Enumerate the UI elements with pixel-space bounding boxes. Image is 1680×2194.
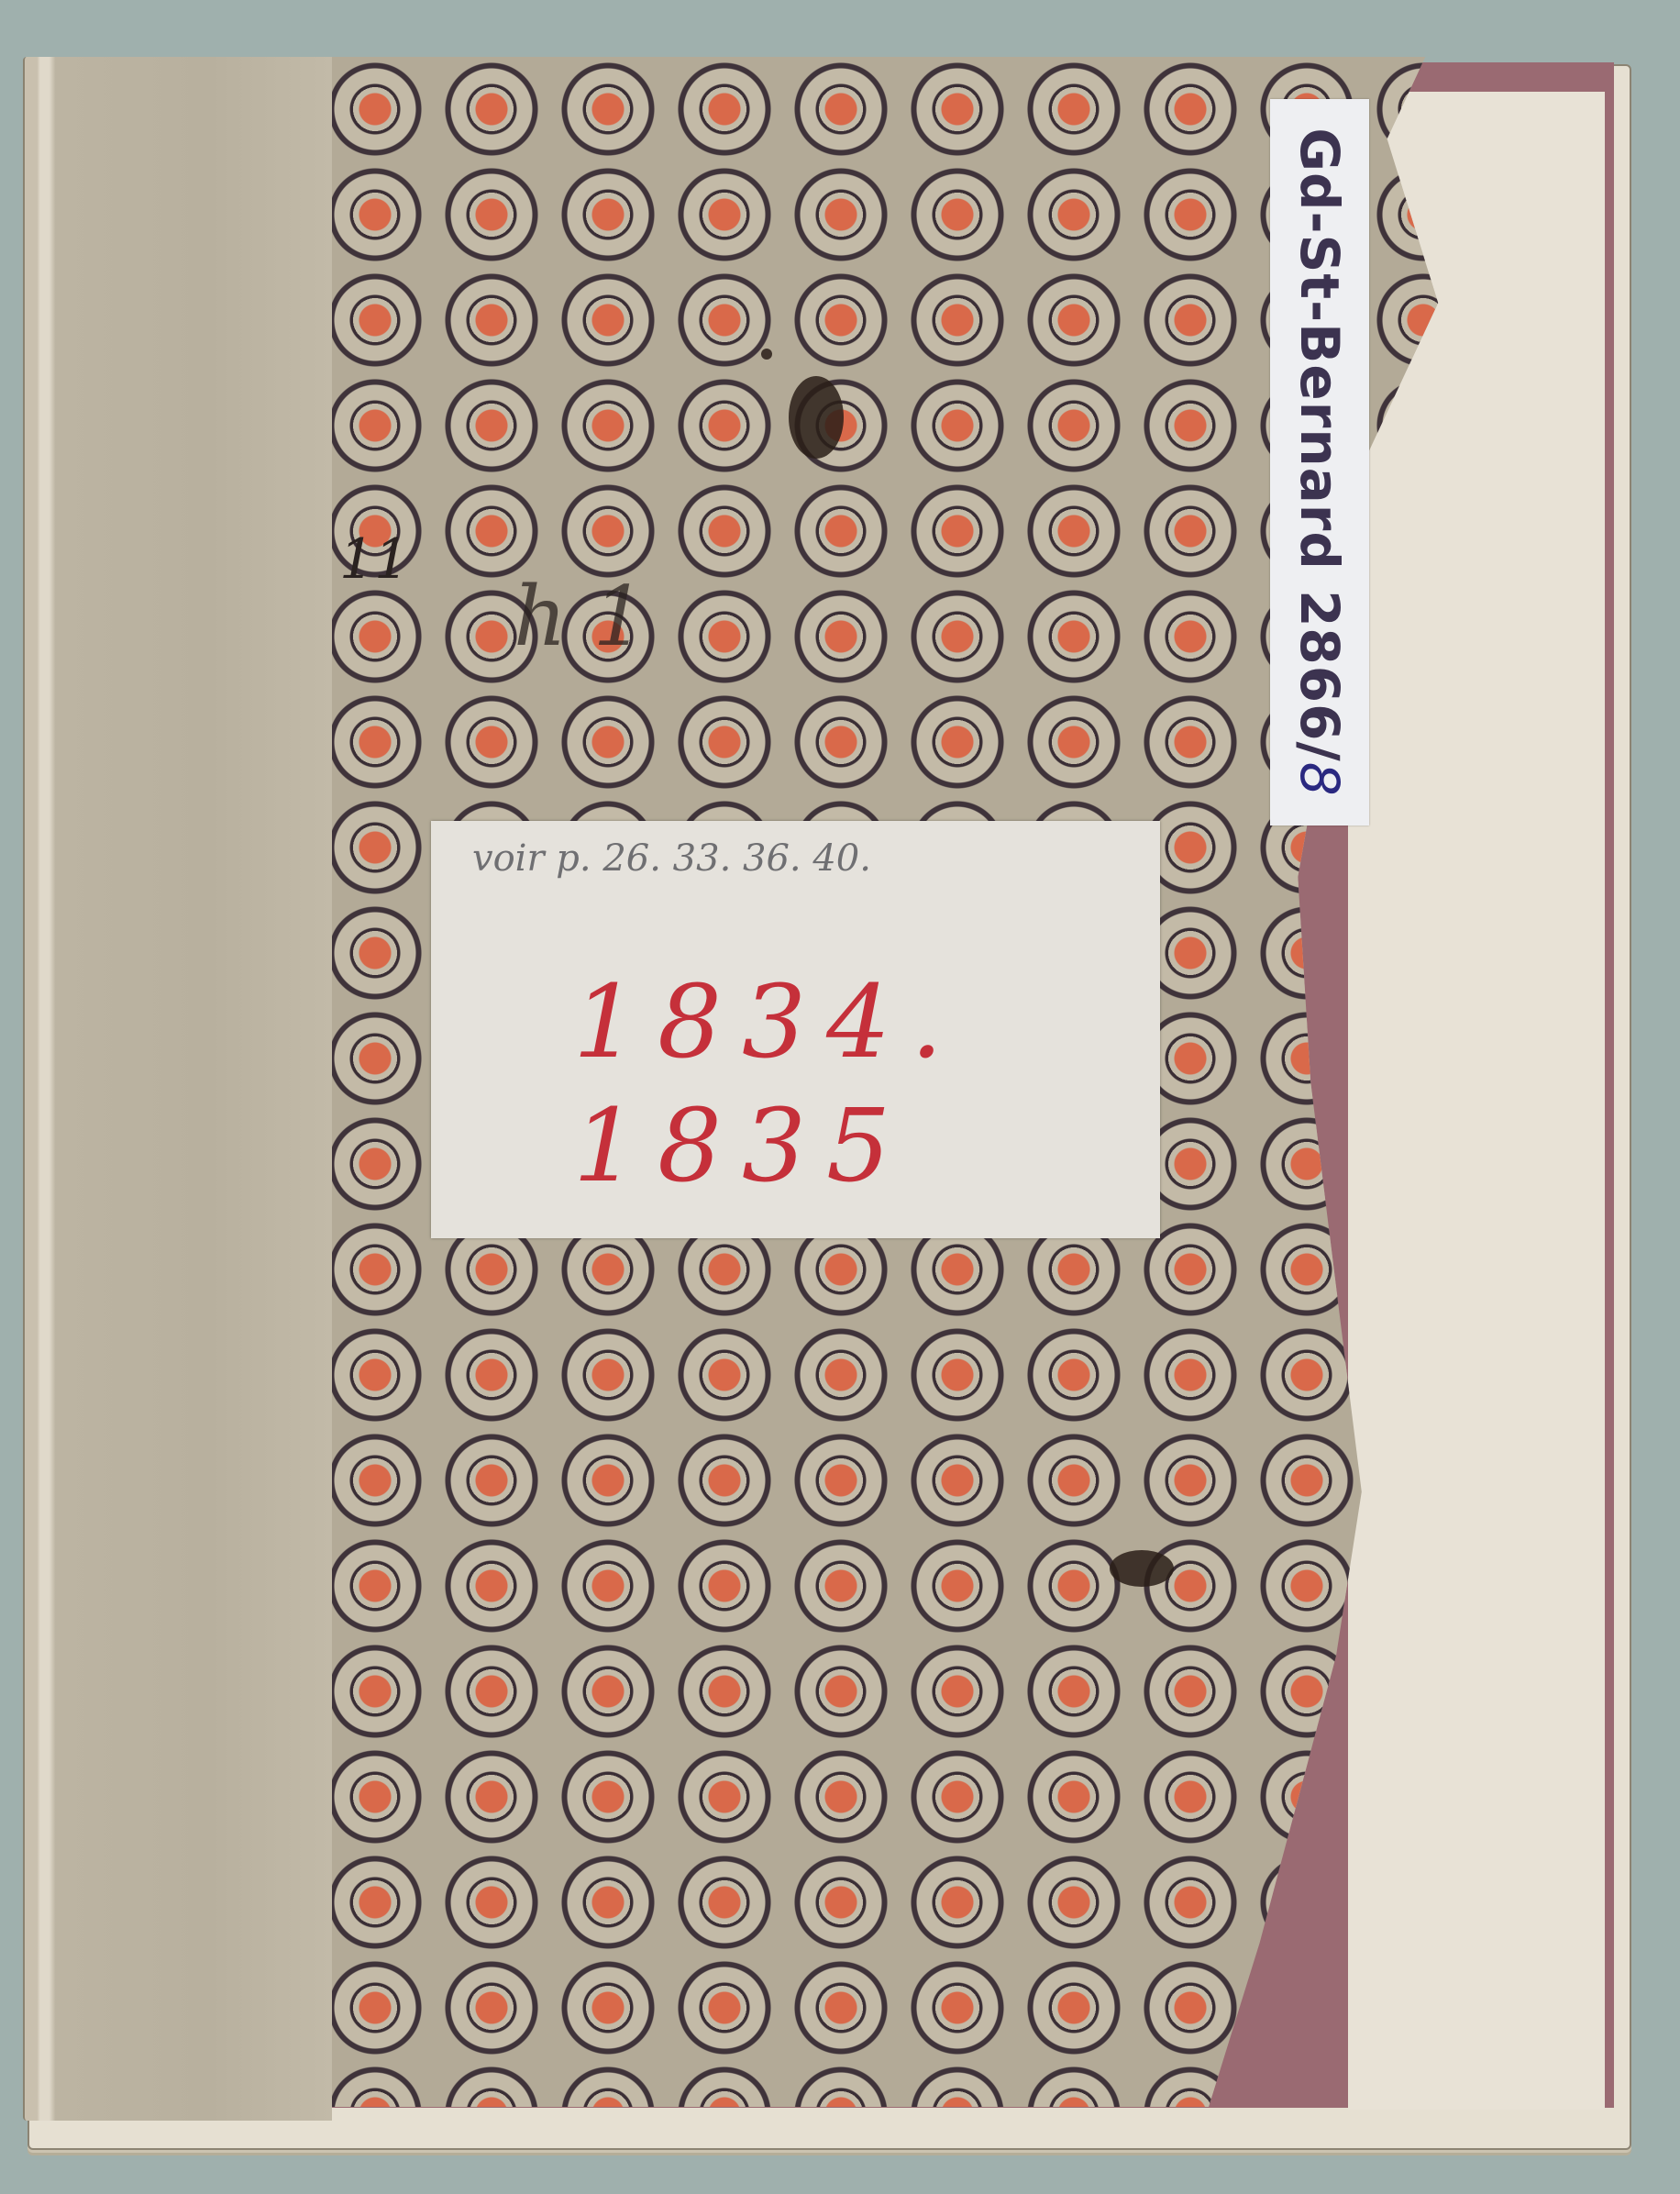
ink-stain xyxy=(789,376,844,459)
handwritten-mark-center: h 1 xyxy=(514,569,646,665)
vellum-spine xyxy=(23,57,332,2121)
handwritten-mark-left: 11 xyxy=(339,527,409,592)
shelf-mark-label: Gd-St-Bernard 2866/8 xyxy=(1270,99,1369,826)
ink-stain xyxy=(1110,1550,1174,1587)
page-reference-note: voir p. 26. 33. 36. 40. xyxy=(472,837,871,880)
ink-stain xyxy=(761,349,772,360)
year-end: 1835 xyxy=(573,1087,911,1204)
shelf-mark-text: Gd-St-Bernard 2866/8 xyxy=(1288,127,1351,796)
year-start: 1834. xyxy=(573,963,963,1080)
shelf-mark-suffix: 8 xyxy=(1288,762,1351,797)
date-label: voir p. 26. 33. 36. 40. 1834. 1835 xyxy=(431,821,1160,1238)
